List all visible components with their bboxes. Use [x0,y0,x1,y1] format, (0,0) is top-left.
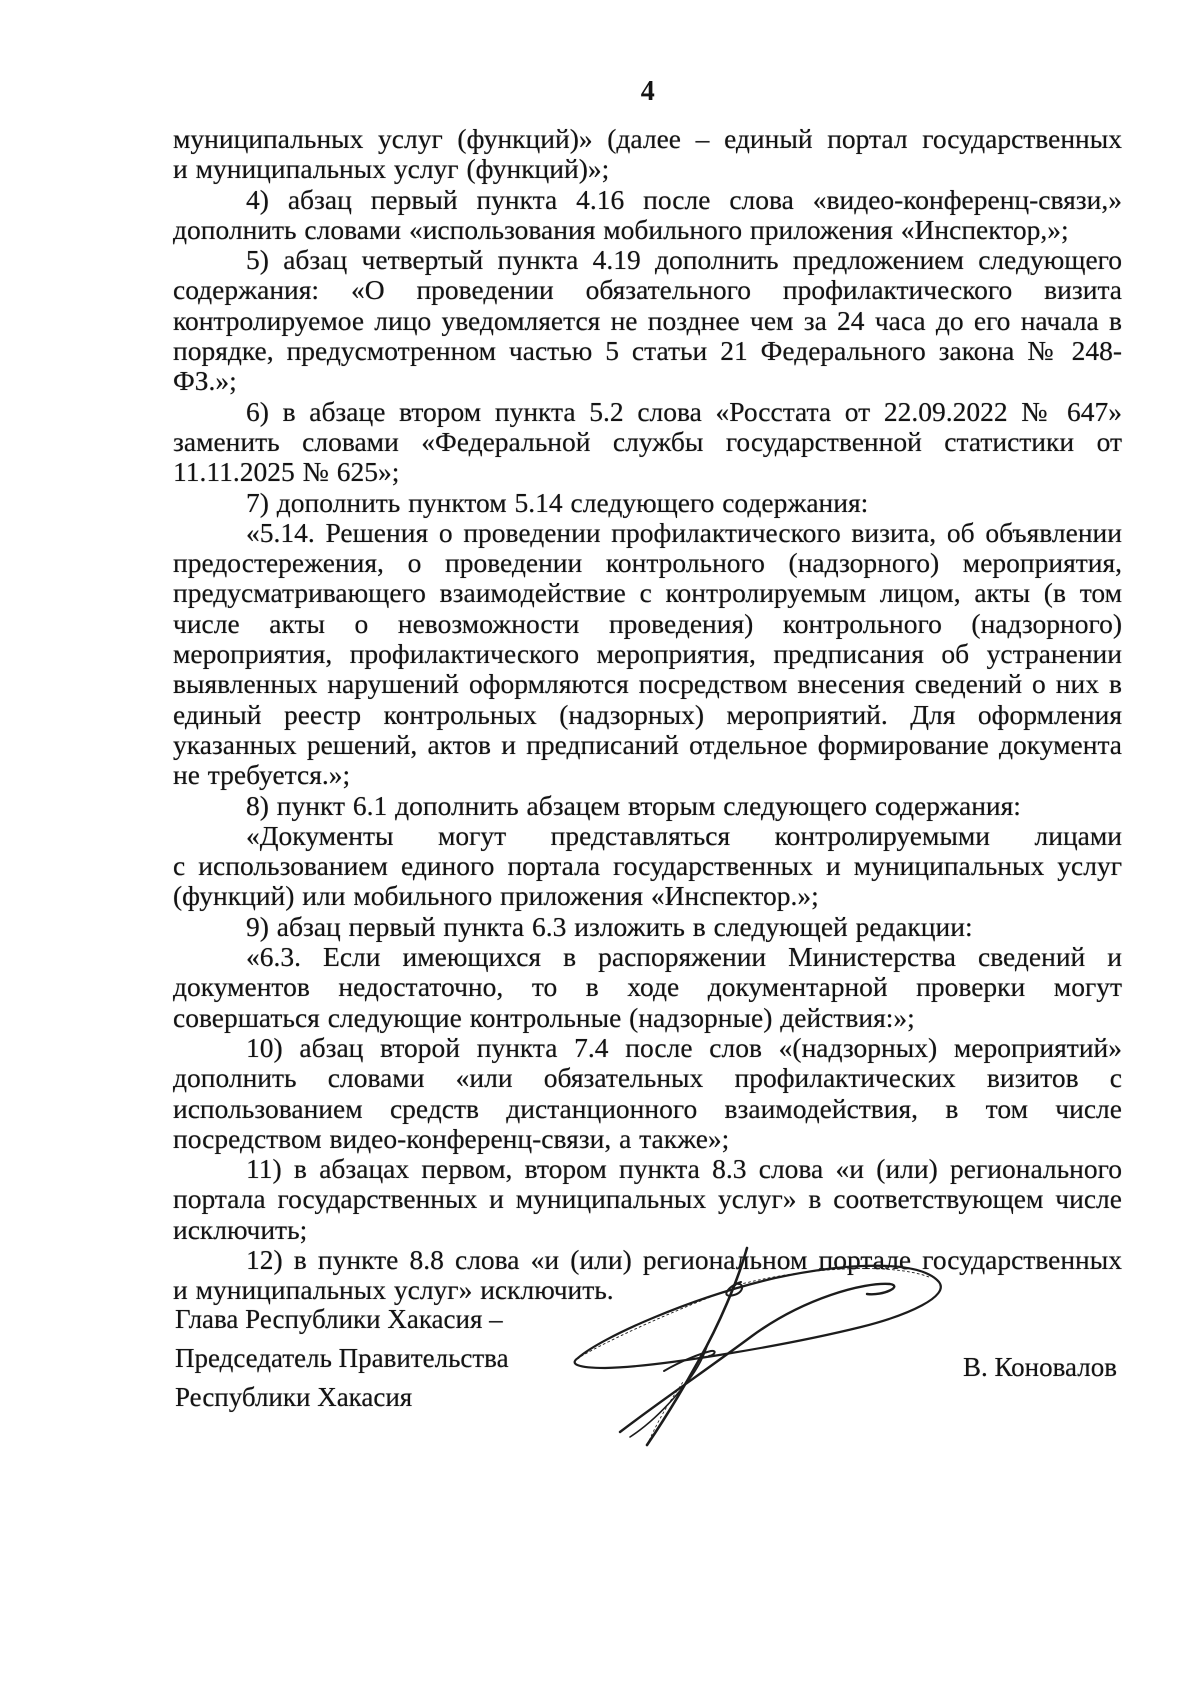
page-number: 4 [0,76,1200,108]
document-page: 4 муниципальных услуг (функций)» (далее … [0,0,1200,1698]
handwritten-signature-icon [568,1238,953,1463]
body-paragraph: 4) абзац первый пункта 4.16 после слова … [173,185,1122,246]
body-paragraph: 7) дополнить пунктом 5.14 следующего сод… [173,488,1122,518]
signatory-title-line: Глава Республики Хакасия – [175,1300,509,1339]
body-paragraph: 10) абзац второй пункта 7.4 после слов «… [173,1033,1122,1154]
body-paragraph: 11) в абзацах первом, втором пункта 8.3 … [173,1154,1122,1245]
body-paragraph: «6.3. Если имеющихся в распоряжении Мини… [173,942,1122,1033]
signatory-title-line: Председатель Правительства [175,1339,509,1378]
signatory-title-line: Республики Хакасия [175,1378,509,1417]
body-paragraph: 6) в абзаце втором пункта 5.2 слова «Рос… [173,397,1122,488]
signatory-title-block: Глава Республики Хакасия – Председатель … [175,1300,509,1417]
signatory-name: В. Коновалов [963,1352,1117,1382]
body-paragraph: «5.14. Решения о проведении профилактиче… [173,518,1122,791]
body-paragraph: 5) абзац четвертый пункта 4.19 дополнить… [173,245,1122,396]
body-paragraph: муниципальных услуг (функций)» (далее – … [173,124,1122,185]
body-paragraph: «Документы могут представляться контроли… [173,821,1122,912]
document-body: муниципальных услуг (функций)» (далее – … [173,124,1122,1306]
body-paragraph: 8) пункт 6.1 дополнить абзацем вторым сл… [173,791,1122,821]
body-paragraph: 9) абзац первый пункта 6.3 изложить в сл… [173,912,1122,942]
